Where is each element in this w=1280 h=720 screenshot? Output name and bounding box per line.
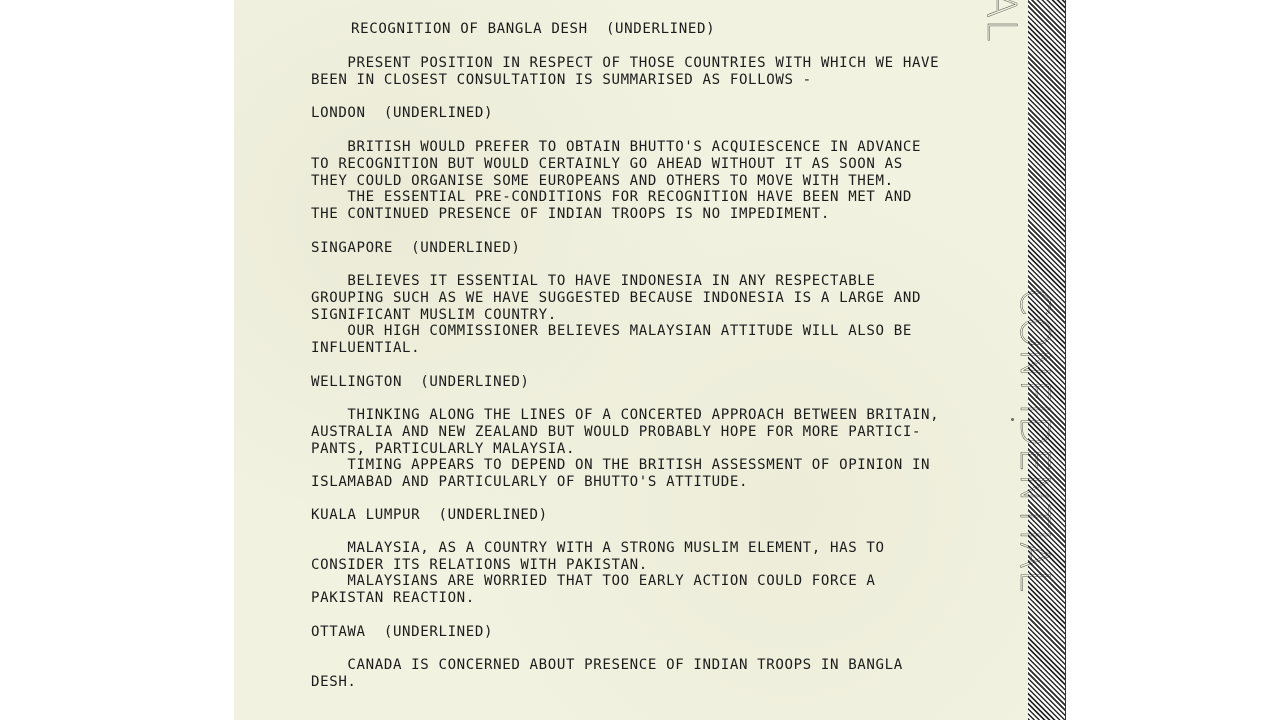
section-line: DESH. [311,674,357,691]
section-line: BRITISH WOULD PREFER TO OBTAIN BHUTTO'S … [311,139,921,156]
intro-line: BEEN IN CLOSEST CONSULTATION IS SUMMARIS… [311,72,812,89]
telegram-body: RECOGNITION OF BANGLA DESH (UNDERLINED) … [311,0,1031,689]
section-line: AUSTRALIA AND NEW ZEALAND BUT WOULD PROB… [311,424,921,441]
section-heading-ottawa: OTTAWA (UNDERLINED) [311,624,493,641]
section-line: OUR HIGH COMMISSIONER BELIEVES MALAYSIAN… [311,323,912,340]
section-line: TO RECOGNITION BUT WOULD CERTAINLY GO AH… [311,156,903,173]
section-line: THEY COULD ORGANISE SOME EUROPEANS AND O… [311,173,894,190]
section-line: TIMING APPEARS TO DEPEND ON THE BRITISH … [311,457,930,474]
section-heading-london: LONDON (UNDERLINED) [311,105,493,122]
section-line: CANADA IS CONCERNED ABOUT PRESENCE OF IN… [311,657,903,674]
section-line: THE CONTINUED PRESENCE OF INDIAN TROOPS … [311,206,830,223]
section-line: BELIEVES IT ESSENTIAL TO HAVE INDONESIA … [311,273,876,290]
section-line: THINKING ALONG THE LINES OF A CONCERTED … [311,407,939,424]
section-heading-singapore: SINGAPORE (UNDERLINED) [311,240,520,257]
section-line: INFLUENTIAL. [311,340,420,357]
section-heading-kuala-lumpur: KUALA LUMPUR (UNDERLINED) [311,507,548,524]
section-line: PAKISTAN REACTION. [311,590,475,607]
section-line: MALAYSIANS ARE WORRIED THAT TOO EARLY AC… [311,573,876,590]
section-line: THE ESSENTIAL PRE-CONDITIONS FOR RECOGNI… [311,189,912,206]
section-line: ISLAMABAD AND PARTICULARLY OF BHUTTO'S A… [311,474,748,491]
section-line: SIGNIFICANT MUSLIM COUNTRY. [311,307,557,324]
section-line: CONSIDER ITS RELATIONS WITH PAKISTAN. [311,557,648,574]
intro-line: PRESENT POSITION IN RESPECT OF THOSE COU… [311,55,939,72]
section-line: GROUPING SUCH AS WE HAVE SUGGESTED BECAU… [311,290,921,307]
section-heading-wellington: WELLINGTON (UNDERLINED) [311,374,530,391]
document-title: RECOGNITION OF BANGLA DESH (UNDERLINED) [351,21,715,38]
section-line: PANTS, PARTICULARLY MALAYSIA. [311,441,575,458]
confidential-stamp: CONFIDENTIAL [1011,288,1057,593]
confidential-stamp-fragment: IAL [978,0,1024,42]
section-line: MALAYSIA, AS A COUNTRY WITH A STRONG MUS… [311,540,885,557]
paper-speck [1011,418,1014,421]
